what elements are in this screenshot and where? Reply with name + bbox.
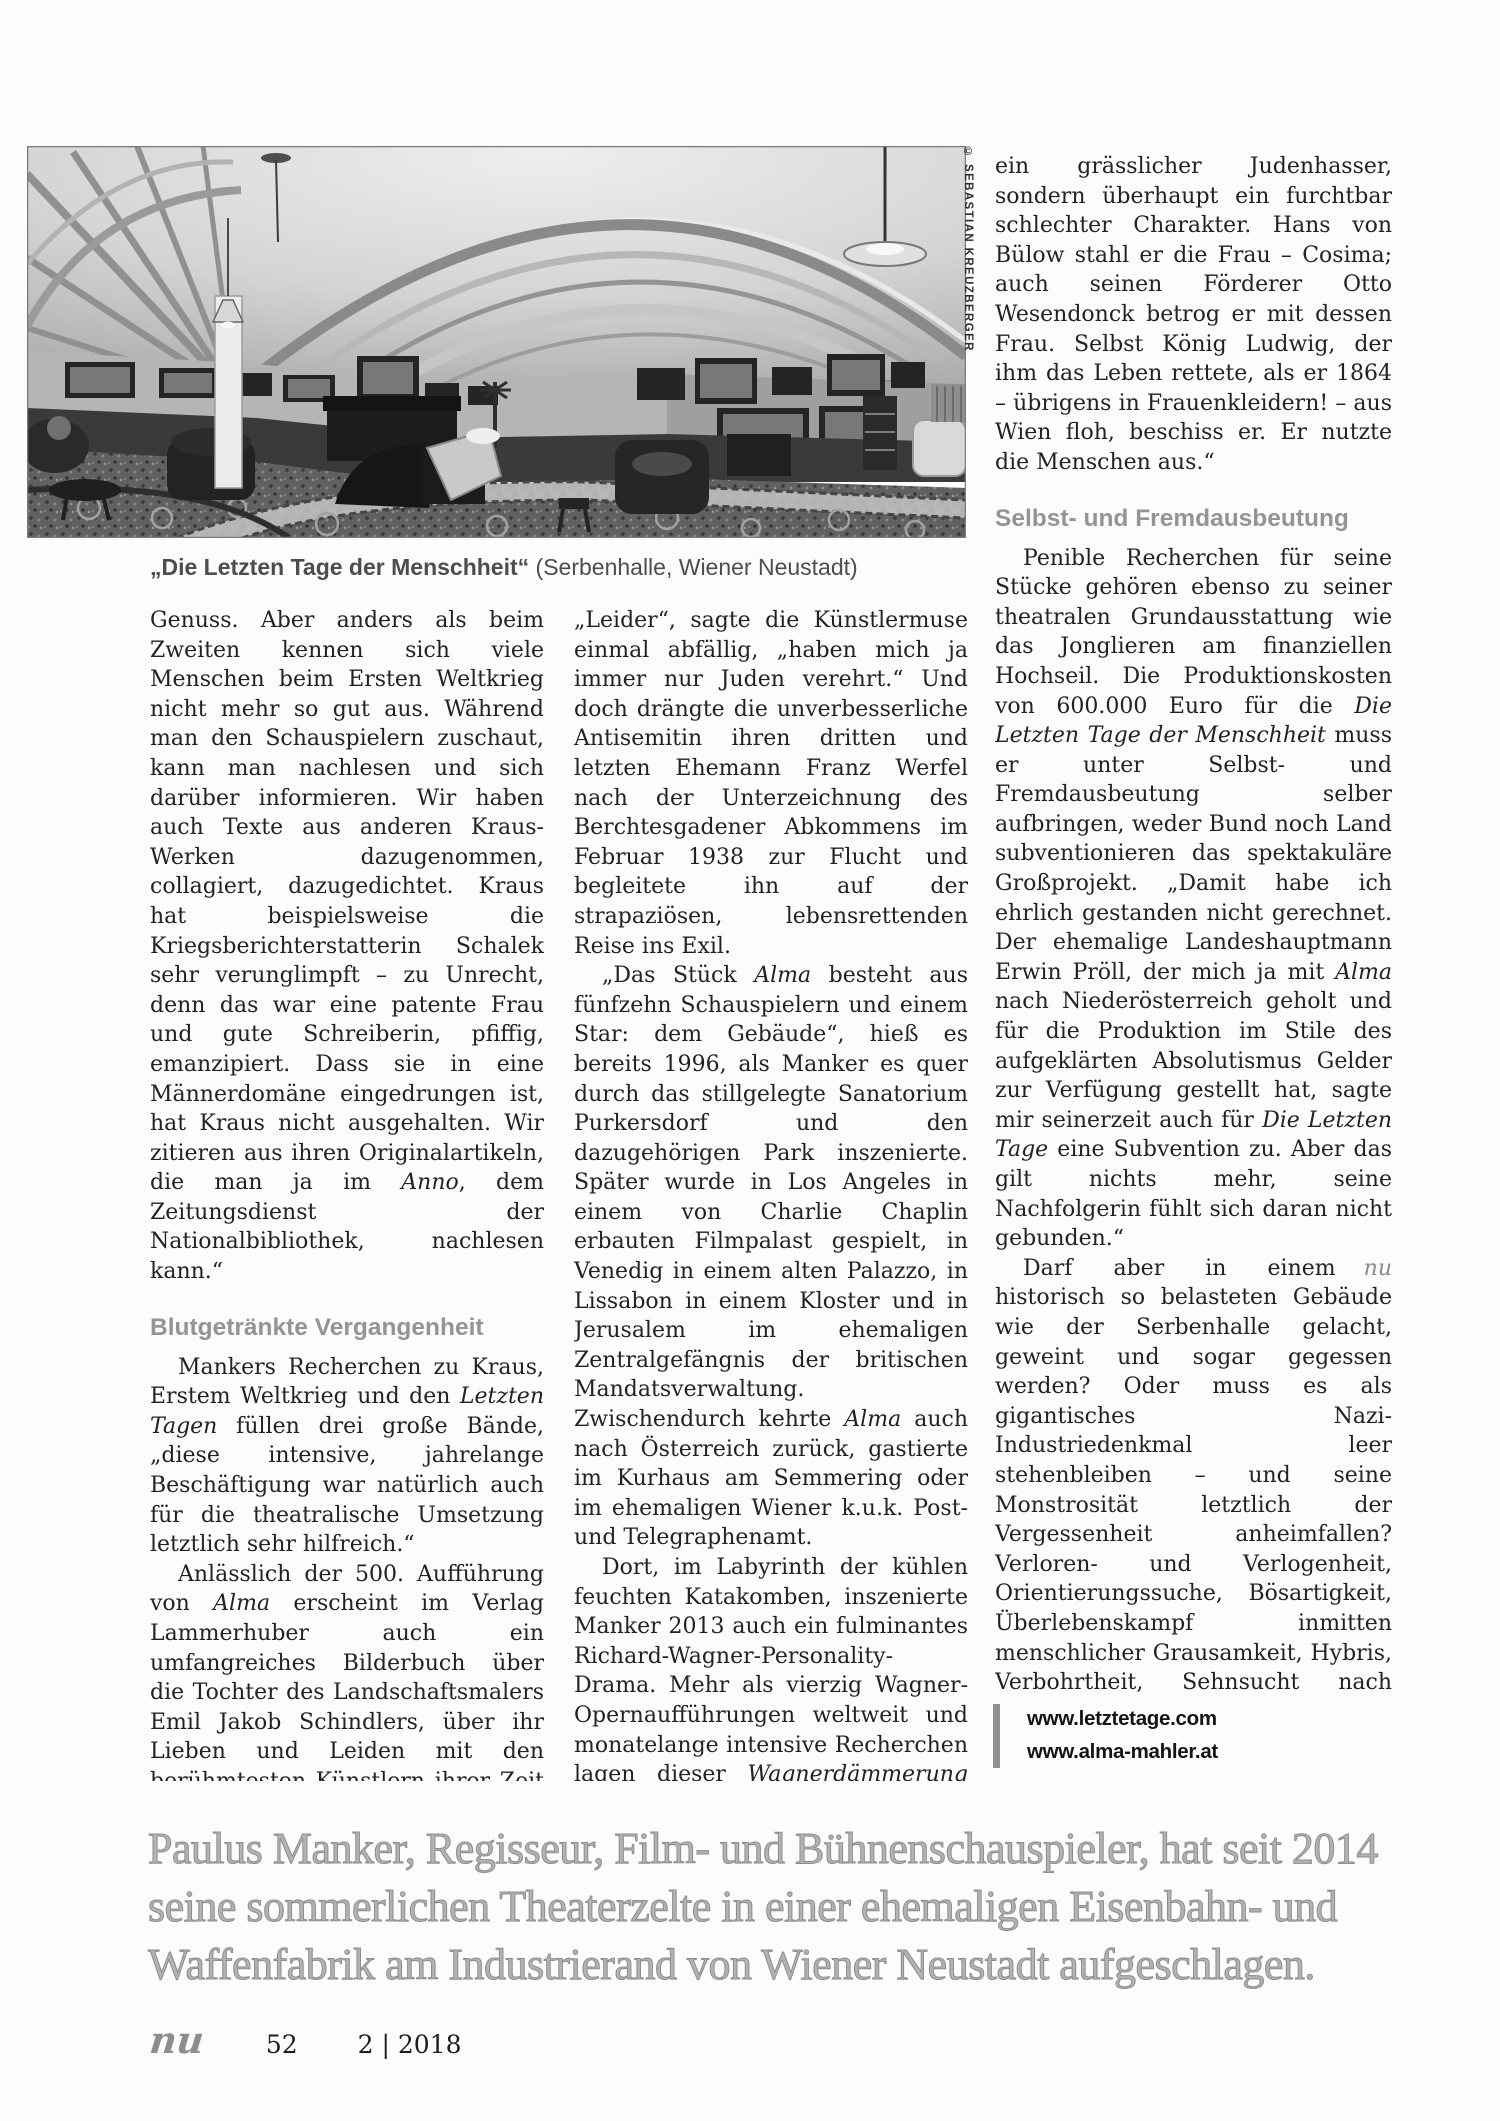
photo-credit: © SEBASTIAN KREUZBERGER — [962, 146, 974, 538]
paragraph: „Das Stück Alma besteht aus fünfzehn Sch… — [574, 961, 968, 1553]
article-column-3: ein grässlicher Judenhasser, sondern übe… — [995, 152, 1392, 1692]
paragraph: Mankers Recherchen zu Kraus, Erstem Welt… — [150, 1353, 544, 1560]
link-url-letztetage: www.letztetage.com — [1027, 1702, 1218, 1735]
paragraph: Dort, im Labyrinth der kühlen feuchten K… — [574, 1553, 968, 1781]
issue-label: 2 | 2018 — [358, 2030, 462, 2059]
footer: nu 52 2 | 2018 — [150, 2018, 461, 2062]
photo-caption: „Die Letzten Tage der Menschheit“ (Serbe… — [150, 552, 980, 582]
section-heading: Blutgetränkte Vergangenheit — [150, 1313, 544, 1343]
pull-quote: Paulus Manker, Regisseur, Film- und Bühn… — [148, 1820, 1428, 1994]
magazine-page: © SEBASTIAN KREUZBERGER „Die Letzten Tag… — [0, 0, 1500, 2121]
magazine-logo: nu — [148, 2018, 206, 2062]
pull-quote-line: Paulus Manker, Regisseur, Film- und Bühn… — [148, 1820, 1428, 1878]
paragraph: ein grässlicher Judenhasser, sondern übe… — [995, 152, 1392, 478]
link-url-alma-mahler: www.alma-mahler.at — [1027, 1735, 1218, 1768]
paragraph: Penible Recherchen für seine Stücke gehö… — [995, 544, 1392, 1254]
link-bar — [993, 1704, 1000, 1768]
panorama-photo-art — [27, 146, 966, 538]
article-end-mark: nu — [1336, 1254, 1392, 1284]
pull-quote-line: seine sommerlichen Theaterzelte in einer… — [148, 1878, 1428, 1936]
page-number: 52 — [266, 2030, 298, 2059]
links-block: www.letztetage.com www.alma-mahler.at — [993, 1702, 1218, 1768]
section-heading: Selbst- und Fremdausbeutung — [995, 504, 1392, 534]
pull-quote-line: Waffenfabrik am Industrierand von Wiener… — [148, 1936, 1428, 1994]
caption-title: „Die Letzten Tage der Menschheit“ — [150, 554, 529, 580]
paragraph: Anlässlich der 500. Aufführung von Alma … — [150, 1560, 544, 1781]
caption-location: (Serbenhalle, Wiener Neustadt) — [529, 554, 858, 580]
article-column-1: Genuss. Aber anders als beim Zweiten ken… — [150, 606, 544, 1781]
panorama-photo — [27, 146, 966, 538]
paragraph: nuDarf aber in einem historisch so belas… — [995, 1254, 1392, 1692]
paragraph: Genuss. Aber anders als beim Zweiten ken… — [150, 606, 544, 1287]
paragraph: „Leider“, sagte die Künstlermuse einmal … — [574, 606, 968, 961]
article-column-2: „Leider“, sagte die Künstlermuse einmal … — [574, 606, 968, 1781]
